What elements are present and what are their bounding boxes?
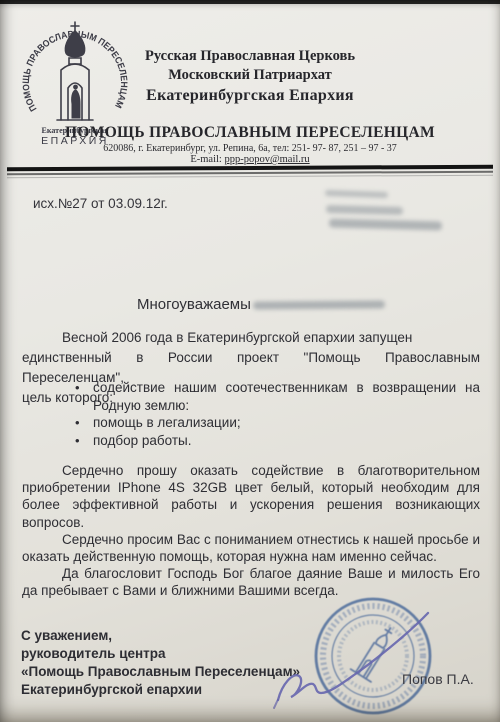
list-item-line: содействие нашим соотечественникам в воз… <box>93 379 480 397</box>
list-item: • содействие нашим соотечественникам в в… <box>22 379 480 414</box>
salutation-text: Многоуважаемы <box>137 296 251 313</box>
outgoing-reference: исх.№27 от 03.09.12г. <box>33 196 168 211</box>
body-line: Сердечно просим Вас с пониманием отнести… <box>22 531 480 548</box>
salutation: Многоуважаемы <box>137 296 385 313</box>
letterhead-address: 620086, г. Екатеринбург, ул. Репина, 6а,… <box>0 143 500 154</box>
list-item-line: помощь в легализации; <box>93 414 480 432</box>
redacted-recipient-line-1 <box>325 190 388 198</box>
paragraphs-request: Сердечно прошу оказать содействие в благ… <box>22 462 480 600</box>
scanned-letter: ПОМОЩЬ ПРАВОСЛАВНЫМ ПЕРЕСЕЛЕНЦАМ Екатери… <box>0 0 500 722</box>
header-rule-thick <box>7 165 493 171</box>
org-header: Русская Православная Церковь Московский … <box>0 46 500 107</box>
letterhead-title: ПОМОЩЬ ПРАВОСЛАВНЫМ ПЕРЕСЕЛЕНЦАМ <box>0 124 500 142</box>
list-item-line: подбор работы. <box>93 432 480 450</box>
signer-name: Попов П.А. <box>402 671 474 687</box>
bullet-dot-icon: • <box>75 414 93 432</box>
signature <box>268 586 453 718</box>
redacted-name <box>253 300 385 309</box>
org-line-patriarchate: Московский Патриархат <box>0 66 500 85</box>
email-address: ppp-popov@mail.ru <box>224 154 309 165</box>
body-line: Весной 2006 года в Екатеринбургской епар… <box>22 328 480 348</box>
body-line: оказать действенную помощь, которая нужн… <box>22 548 480 565</box>
list-item: • подбор работы. <box>22 432 480 450</box>
org-line-church: Русская Православная Церковь <box>0 46 500 66</box>
body-line: вопросов. <box>22 514 480 531</box>
photo-top-edge <box>0 0 500 4</box>
header-rule-thin2 <box>7 175 493 179</box>
org-line-eparchy: Екатеринбургская Епархия <box>0 85 500 107</box>
letterhead-email: E-mail: ppp-popov@mail.ru <box>0 154 500 165</box>
goals-list: • содействие нашим соотечественникам в в… <box>22 379 480 449</box>
email-label: E-mail: <box>190 154 222 165</box>
bullet-dot-icon: • <box>75 379 93 414</box>
bullet-dot-icon: • <box>75 432 93 450</box>
redacted-recipient-line-2 <box>326 205 403 215</box>
redacted-recipient-line-3 <box>329 219 442 231</box>
list-item-line: Родную землю: <box>93 397 480 415</box>
list-item: • помощь в легализации; <box>22 414 480 432</box>
body-line: более эффективной работы и ускорения реш… <box>22 496 480 513</box>
body-line: Да благословит Господь Бог благое даяние… <box>22 565 480 582</box>
body-line: приобретении IPhone 4S 32GB цвет белый, … <box>22 479 480 496</box>
body-line: Сердечно прошу оказать содействие в благ… <box>22 462 480 479</box>
